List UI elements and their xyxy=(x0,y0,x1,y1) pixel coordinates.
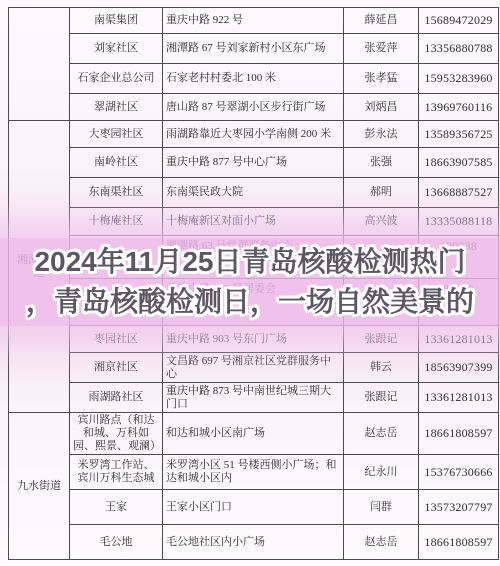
screenshot-root: 南渠集团重庆中路 922 号薛延昌15689472029刘家社区湘潭路 67 号… xyxy=(0,0,500,566)
phone-number-cell: 18661808597 xyxy=(419,413,499,455)
site-address-cell: 唐山路 87 号翠湖小区步行街广场 xyxy=(163,94,344,121)
site-address-cell: 东南渠民政大院 xyxy=(163,178,344,208)
site-name-cell: 宾川路点（和达和城、万科如园、熙景、观澜） xyxy=(70,413,163,455)
site-name-cell: 枣园社区 xyxy=(70,326,163,353)
contact-name-cell: 张爱萍 xyxy=(344,34,419,64)
site-name-cell: 雨湖路社区 xyxy=(70,383,163,413)
table-row: 翠湖社区唐山路 87 号翠湖小区步行街广场刘炳昌13969760116 xyxy=(9,94,499,121)
site-address-cell: 毛公地社区内小广场 xyxy=(163,525,344,560)
table-row: 湘潭路街道大枣园社区雨湖路靠近大枣园小学南侧 200 米彭永法135893567… xyxy=(9,121,499,148)
site-name-cell: 东南渠社区 xyxy=(70,178,163,208)
contact-name-cell: 彭永法 xyxy=(344,121,419,148)
contact-name-cell: 赵志岳 xyxy=(344,413,419,455)
contact-name-cell: 赵志岳 xyxy=(344,525,419,560)
site-name-cell: 大枣园社区 xyxy=(70,121,163,148)
contact-name-cell: 张跟记 xyxy=(344,326,419,353)
site-address-cell: 重庆中路 877 号中心广场 xyxy=(163,148,344,178)
table-row: 九水街道宾川路点（和达和城、万科如园、熙景、观澜）和达和城小区南广场赵志岳186… xyxy=(9,413,499,455)
street-group-cell xyxy=(9,8,70,121)
site-name-cell: 刘家社区 xyxy=(70,34,163,64)
site-address-cell: 文昌路 697 号湘京社区党群服务中心 xyxy=(163,353,344,383)
phone-number-cell: 15953283960 xyxy=(419,64,499,94)
phone-number-cell: 13361281013 xyxy=(419,383,499,413)
table-row: 米罗湾工作站、宾川万科生态城米罗湾小区 51 号楼西侧小广场；和达和城小区内纪永… xyxy=(9,455,499,490)
site-name-cell: 翠湖社区 xyxy=(70,94,163,121)
site-address-cell: 十梅庵新区对面小广场 xyxy=(163,208,344,236)
phone-number-cell: 13573207797 xyxy=(419,490,499,525)
phone-number-cell: 13335088118 xyxy=(419,208,499,236)
table-row: 枣园社区重庆中路 903 号东门广场张跟记13361281013 xyxy=(9,326,499,353)
phone-number-cell: 18661808597 xyxy=(419,525,499,560)
site-name-cell: 南岭社区 xyxy=(70,148,163,178)
site-name-cell: 十梅庵社区 xyxy=(70,208,163,236)
phone-number-cell: 13361281013 xyxy=(419,326,499,353)
banner-title-line2: ，青岛核酸检测日，一场自然美景的 xyxy=(26,282,474,322)
site-address-cell: 王家小区门口 xyxy=(163,490,344,525)
table-row: 石家企业总公司石家老村村委北 100 米张孝猛15953283960 xyxy=(9,64,499,94)
site-name-cell: 南渠集团 xyxy=(70,8,163,34)
table-row: 刘家社区湘潭路 67 号刘家新村小区东广场张爱萍13356880788 xyxy=(9,34,499,64)
contact-name-cell: 韩云 xyxy=(344,353,419,383)
site-name-cell: 湘京社区 xyxy=(70,353,163,383)
phone-number-cell: 13668887527 xyxy=(419,178,499,208)
contact-name-cell: 张孝猛 xyxy=(344,64,419,94)
phone-number-cell: 18663907585 xyxy=(419,148,499,178)
contact-name-cell: 郝明 xyxy=(344,178,419,208)
phone-number-cell: 15689472029 xyxy=(419,8,499,34)
table-row: 湘京社区文昌路 697 号湘京社区党群服务中心韩云18563907399 xyxy=(9,353,499,383)
contact-name-cell: 张跟记 xyxy=(344,383,419,413)
banner-title-line1: 2024年11月25日青岛核酸检测热门 xyxy=(34,242,465,282)
contact-name-cell: 张强 xyxy=(344,148,419,178)
street-group-cell: 九水街道 xyxy=(9,413,70,560)
phone-number-cell: 13589356725 xyxy=(419,121,499,148)
site-address-cell: 重庆中路 873 号中南世纪城三期大门口 xyxy=(163,383,344,413)
phone-number-cell: 18563907399 xyxy=(419,353,499,383)
site-address-cell: 湘潭路 67 号刘家新村小区东广场 xyxy=(163,34,344,64)
site-address-cell: 重庆中路 903 号东门广场 xyxy=(163,326,344,353)
table-row: 南岭社区重庆中路 877 号中心广场张强18663907585 xyxy=(9,148,499,178)
phone-number-cell: 15376730666 xyxy=(419,455,499,490)
contact-name-cell: 刘炳昌 xyxy=(344,94,419,121)
site-name-cell: 米罗湾工作站、宾川万科生态城 xyxy=(70,455,163,490)
site-address-cell: 雨湖路靠近大枣园小学南侧 200 米 xyxy=(163,121,344,148)
table-row: 南渠集团重庆中路 922 号薛延昌15689472029 xyxy=(9,8,499,34)
contact-name-cell: 闫群 xyxy=(344,490,419,525)
table-row: 雨湖路社区重庆中路 873 号中南世纪城三期大门口张跟记13361281013 xyxy=(9,383,499,413)
table-row: 东南渠社区东南渠民政大院郝明13668887527 xyxy=(9,178,499,208)
contact-name-cell: 纪永川 xyxy=(344,455,419,490)
site-address-cell: 和达和城小区南广场 xyxy=(163,413,344,455)
site-name-cell: 石家企业总公司 xyxy=(70,64,163,94)
site-address-cell: 石家老村村委北 100 米 xyxy=(163,64,344,94)
title-banner-overlay: 2024年11月25日青岛核酸检测热门 ，青岛核酸检测日，一场自然美景的 xyxy=(0,238,500,326)
site-address-cell: 重庆中路 922 号 xyxy=(163,8,344,34)
contact-name-cell: 薛延昌 xyxy=(344,8,419,34)
site-name-cell: 毛公地 xyxy=(70,525,163,560)
contact-name-cell: 高兴波 xyxy=(344,208,419,236)
site-address-cell: 米罗湾小区 51 号楼西侧小广场；和达和城小区内 xyxy=(163,455,344,490)
phone-number-cell: 13356880788 xyxy=(419,34,499,64)
site-name-cell: 王家 xyxy=(70,490,163,525)
table-row: 王家王家小区门口闫群13573207797 xyxy=(9,490,499,525)
table-row: 毛公地毛公地社区内小广场赵志岳18661808597 xyxy=(9,525,499,560)
phone-number-cell: 13969760116 xyxy=(419,94,499,121)
table-row: 十梅庵社区十梅庵新区对面小广场高兴波13335088118 xyxy=(9,208,499,236)
